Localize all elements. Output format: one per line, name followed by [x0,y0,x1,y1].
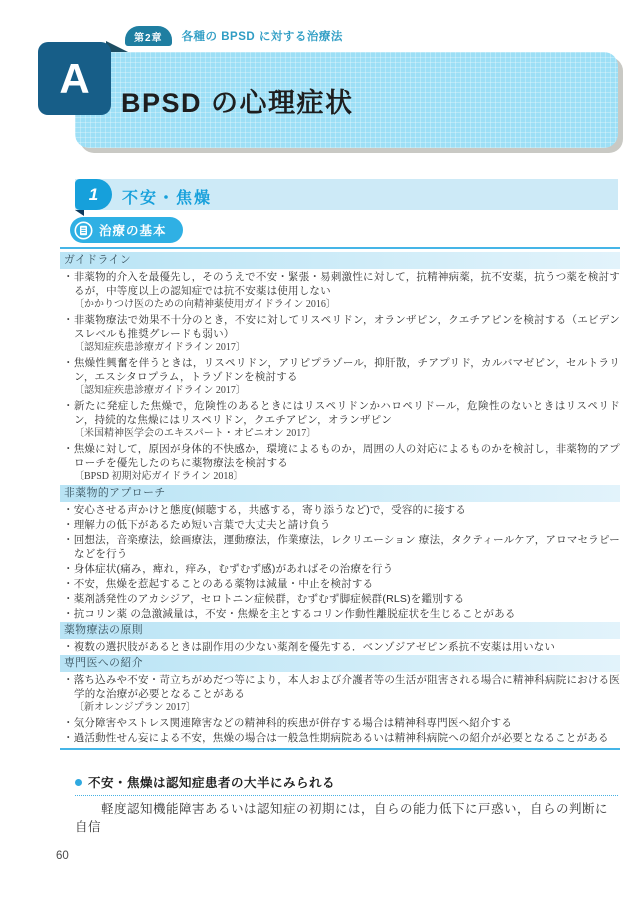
list-item: ・抗コリン薬 の急激減量は，不安・焦燥を主とするコリン作動性離脱症状を生じること… [60,607,620,621]
list-item: ・不安，焦燥を惹起することのある薬物は減量・中止を検討する [60,577,620,591]
list-item-text: ・安心させる声かけと態度(傾聴する，共感する，寄り添うなど)で，受容的に接する [60,503,620,517]
list-item: ・複数の選択肢があるときは副作用の少ない薬剤を優先する．ベンゾジアゼピン系抗不安… [60,640,620,654]
guideline-box: ガイドライン ・非薬物的介入を最優先し，そのうえで不安・緊張・易刺激性に対して，… [60,247,620,750]
document-icon [74,221,93,240]
page-number: 60 [56,850,69,862]
list-item: ・気分障害やストレス関連障害などの精神科的疾患が併存する場合は精神科専門医へ紹介… [60,716,620,730]
list-item-text: ・焦燥に対して，原因が身体的不快感か，環境によるものか，周囲の人の対応によるもの… [60,442,620,470]
list-item-text: ・気分障害やストレス関連障害などの精神科的疾患が併存する場合は精神科専門医へ紹介… [60,716,620,730]
list-item-text: ・理解力の低下があるため短い言葉で大丈夫と請け負う [60,518,620,532]
list-item: ・身体症状(痛み，痺れ，痒み，むずむず感)があればその治療を行う [60,562,620,576]
list-item: ・回想法，音楽療法，絵画療法，運動療法，作業療法，レクリエーション 療法，タクテ… [60,533,620,561]
list-item-text: ・落ち込みや不安・苛立ちがめだつ等により，本人および介護者等の生活が阻害される場… [60,673,620,701]
list-item-reference: 〔新オレンジプラン 2017〕 [60,701,620,715]
list-item-reference: 〔かかりつけ医のための向精神薬使用ガイドライン 2016〕 [60,298,620,312]
body-heading-text: 不安・焦燥は認知症患者の大半にみられる [88,773,335,791]
list-item: ・落ち込みや不安・苛立ちがめだつ等により，本人および介護者等の生活が阻害される場… [60,673,620,715]
list-item: ・非薬物的介入を最優先し，そのうえで不安・緊張・易刺激性に対して，抗精神病薬，抗… [60,270,620,312]
list-item: ・非薬物療法で効果不十分のとき，不安に対してリスペリドン，オランザピン，クエチア… [60,313,620,355]
list-item: ・薬剤誘発性のアカシジア，セロトニン症候群，むずむず脚症候群(RLS)を鑑別する [60,592,620,606]
box-section-heading: 非薬物的アプローチ [60,485,620,502]
list-item-text: ・過活動性せん妄による不安，焦燥の場合は一般急性期病院あるいは精神科病院への紹介… [60,731,620,745]
list-item-reference: 〔認知症疾患診療ガイドライン 2017〕 [60,341,620,355]
body-paragraph: 軽度認知機能障害あるいは認知症の初期には，自らの能力低下に戸惑い，自らの判断に自… [75,799,618,835]
list-item: ・新たに発症した焦燥で，危険性のあるときにはリスペリドンかハロペリドール，危険性… [60,399,620,441]
list-item-text: ・複数の選択肢があるときは副作用の少ない薬剤を優先する．ベンゾジアゼピン系抗不安… [60,640,620,654]
section-number-badge: 1 [75,179,112,210]
list-item-text: ・焦燥性興奮を伴うときは，リスペリドン，アリピプラゾール，抑肝散，チアプリド，カ… [60,356,620,384]
list-item-reference: 〔BPSD 初期対応ガイドライン 2018〕 [60,470,620,484]
section-badge-fold [75,210,84,216]
box-section-heading: 専門医への紹介 [60,655,620,672]
document-page: 第2章 各種の BPSD に対する治療法 A BPSD の心理症状 1 不安・焦… [0,0,637,900]
section-letter-block: A [38,42,111,115]
list-item: ・焦燥性興奮を伴うときは，リスペリドン，アリピプラゾール，抑肝散，チアプリド，カ… [60,356,620,398]
treatment-basics-badge: 治療の基本 [70,217,183,243]
page-title: BPSD の心理症状 [121,81,354,120]
list-item: ・安心させる声かけと態度(傾聴する，共感する，寄り添うなど)で，受容的に接する [60,503,620,517]
list-item-text: ・抗コリン薬 の急激減量は，不安・焦燥を主とするコリン作動性離脱症状を生じること… [60,607,620,621]
chapter-header: 第2章 各種の BPSD に対する治療法 [125,26,343,46]
list-item-reference: 〔認知症疾患診療ガイドライン 2017〕 [60,384,620,398]
list-item-text: ・薬剤誘発性のアカシジア，セロトニン症候群，むずむず脚症候群(RLS)を鑑別する [60,592,620,606]
list-item-text: ・回想法，音楽療法，絵画療法，運動療法，作業療法，レクリエーション 療法，タクテ… [60,533,620,561]
section-title: 不安・焦燥 [122,185,212,208]
list-item-text: ・非薬物療法で効果不十分のとき，不安に対してリスペリドン，オランザピン，クエチア… [60,313,620,341]
list-item-text: ・不安，焦燥を惹起することのある薬物は減量・中止を検討する [60,577,620,591]
bullet-icon [75,779,82,786]
list-item-text: ・非薬物的介入を最優先し，そのうえで不安・緊張・易刺激性に対して，抗精神病薬，抗… [60,270,620,298]
list-item-reference: 〔米国精神医学会のエキスパート・オピニオン 2017〕 [60,427,620,441]
chapter-title: 各種の BPSD に対する治療法 [182,28,343,44]
treatment-basics-label: 治療の基本 [99,221,167,239]
list-item: ・過活動性せん妄による不安，焦燥の場合は一般急性期病院あるいは精神科病院への紹介… [60,731,620,745]
list-item-text: ・身体症状(痛み，痺れ，痒み，むずむず感)があればその治療を行う [60,562,620,576]
body-heading: 不安・焦燥は認知症患者の大半にみられる [75,773,618,796]
list-item: ・理解力の低下があるため短い言葉で大丈夫と請け負う [60,518,620,532]
box-section-heading: 薬物療法の原則 [60,622,620,639]
list-item: ・焦燥に対して，原因が身体的不快感か，環境によるものか，周囲の人の対応によるもの… [60,442,620,484]
list-item-text: ・新たに発症した焦燥で，危険性のあるときにはリスペリドンかハロペリドール，危険性… [60,399,620,427]
box-section-heading: ガイドライン [60,252,620,269]
chapter-badge: 第2章 [125,26,172,46]
